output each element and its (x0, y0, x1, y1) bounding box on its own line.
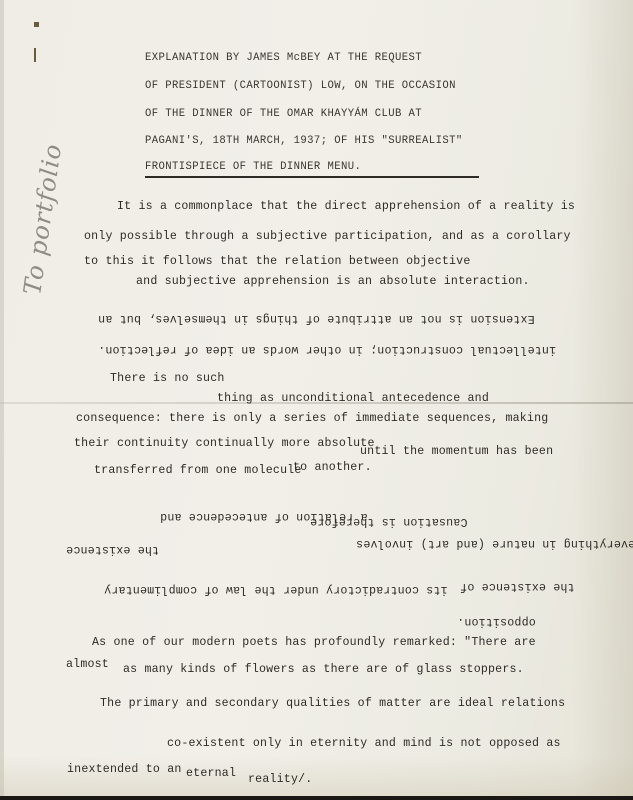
upside-down-line: opposition. (457, 615, 536, 628)
staple-mark-icon (34, 48, 36, 62)
heading-underline (145, 176, 479, 178)
heading-line: OF PRESIDENT (CARTOONIST) LOW, ON THE OC… (145, 80, 456, 92)
paper-stain (0, 756, 633, 796)
body-line: as many kinds of flowers as there are of… (123, 663, 524, 676)
upside-down-line: the existence (66, 543, 159, 556)
body-line: reality/. (248, 773, 312, 786)
body-line: It is a commonplace that the direct appr… (117, 200, 575, 213)
upside-down-line: intellectual construction; in other word… (98, 343, 556, 356)
body-line: transferred from one molecule (94, 464, 302, 477)
upside-down-line: its contradictory under the law of compl… (104, 583, 448, 596)
heading-line: OF THE DINNER OF THE OMAR KHAYYÁM CLUB A… (145, 108, 422, 120)
body-line: eternal (186, 767, 236, 780)
upside-down-line: Extension is not an attribute of things … (98, 312, 535, 325)
body-line: almost (66, 658, 109, 671)
body-line: only possible through a subjective parti… (84, 230, 571, 243)
heading-line: EXPLANATION BY JAMES McBEY AT THE REQUES… (145, 52, 422, 64)
heading-line: FRONTISPIECE OF THE DINNER MENU. (145, 161, 361, 173)
body-line: their continuity continually more absolu… (74, 437, 375, 450)
upside-down-line: Causation is therefore (310, 515, 467, 528)
body-line: The primary and secondary qualities of m… (100, 697, 565, 710)
body-line: As one of our modern poets has profoundl… (92, 636, 536, 649)
body-line: to another. (293, 461, 372, 474)
body-line: co-existent only in eternity and mind is… (167, 737, 561, 750)
upside-down-line: consequence, and everything in nature (a… (356, 537, 633, 550)
body-line: to this it follows that the relation bet… (84, 255, 471, 268)
body-line: inextended to an (67, 763, 182, 776)
upside-down-line: the existence of (460, 580, 575, 593)
body-line: There is no such (110, 372, 225, 385)
paper-shadow (573, 0, 633, 796)
body-line: and subjective apprehension is an absolu… (136, 275, 530, 288)
staple-mark-icon (34, 22, 39, 27)
body-line: consequence: there is only a series of i… (76, 412, 548, 425)
body-line: thing as unconditional antecedence and (217, 392, 489, 405)
heading-line: PAGANI'S, 18TH MARCH, 1937; OF HIS "SURR… (145, 135, 463, 147)
typed-document-page: To portfolio EXPLANATION BY JAMES McBEY … (0, 0, 633, 796)
handwritten-margin-note: To portfolio (10, 91, 167, 171)
body-line: until the momentum has been (360, 445, 553, 458)
